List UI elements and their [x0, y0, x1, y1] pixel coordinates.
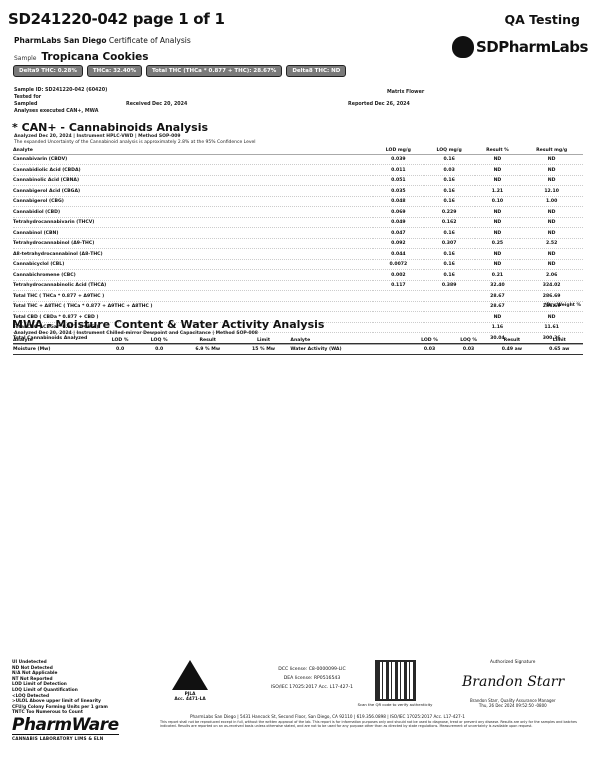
result-pct-cell: 1.21 [475, 186, 521, 196]
legend-item: >ULOL Above upper limit of linearity [12, 699, 108, 705]
lod-cell: 0.048 [373, 196, 424, 206]
result-pct-cell: 32.40 [475, 280, 521, 290]
analyte-cell: Tetrahydrocannabinolic Acid (THCA) [13, 280, 373, 290]
lod-cell: 0.069 [373, 207, 424, 217]
analyte-cell: Cannabivarin (CBDV) [13, 155, 373, 165]
result-mgg-cell: ND [520, 217, 583, 227]
pjla-accreditation: PJLA Acc. 4471-LA [172, 660, 208, 702]
signature: Brandon Starr [462, 674, 564, 690]
mwa-cell: 0.0 [140, 345, 179, 355]
lod-cell: 0.0072 [373, 259, 424, 269]
total-mgg-cell: 286.69 [520, 291, 583, 301]
result-mgg-cell: ND [520, 165, 583, 175]
total-pct-cell: 1.16 [475, 322, 521, 332]
mwa-cell: 0.65 aw [536, 345, 583, 355]
cannabinoids-table: Analyte LOD mg/g LOQ mg/g Result % Resul… [13, 148, 583, 345]
reported: Reported Dec 26, 2024 [348, 102, 410, 107]
table-row: Tetrahydrocannabinolic Acid (THCA)0.1170… [13, 280, 583, 290]
table-row: Tetrahydrocannabinol (Δ9-THC)0.0920.3070… [13, 238, 583, 248]
total-label-cell: Total THC ( THCa * 0.877 + Δ9THC ) [13, 291, 373, 301]
mwa-cell: 0.03 [410, 345, 449, 355]
result-mgg-cell: 2.52 [520, 238, 583, 248]
loq-cell: 0.16 [424, 196, 475, 206]
analyte-cell: Tetrahydrocannabivarin (THCV) [13, 217, 373, 227]
badge-total-thc: Total THC (THCa * 0.877 + THC): 28.67% [146, 65, 282, 77]
badge-d9thc: Delta9 THC: 0.28% [13, 65, 83, 77]
mwa-cell: 0.03 [449, 345, 488, 355]
sample-id: Sample ID: SD241220-042 (60420) [14, 88, 107, 93]
result-mgg-cell: ND [520, 249, 583, 259]
lod-cell: 0.051 [373, 175, 424, 185]
disclaimer: This report shall not be reproduced exce… [160, 720, 585, 728]
result-mgg-cell: 1.00 [520, 196, 583, 206]
lod-cell: 0.044 [373, 249, 424, 259]
loq-cell: 0.307 [424, 238, 475, 248]
badge-d8thc: Delta8 THC: ND [286, 65, 346, 77]
total-pct-cell: 28.67 [475, 301, 521, 311]
table-row: Cannabidiol (CBD)0.0690.229NDND [13, 207, 583, 217]
result-mgg-cell: 324.02 [520, 280, 583, 290]
result-mgg-cell: ND [520, 207, 583, 217]
loq-cell: 0.16 [424, 228, 475, 238]
qr-code-icon[interactable] [375, 660, 416, 701]
badge-thca: THCa: 32.40% [87, 65, 142, 77]
loq-cell: 0.16 [424, 186, 475, 196]
result-mgg-cell: 12.10 [520, 186, 583, 196]
mwa-title: MWA - Moisture Content & Water Activity … [12, 318, 324, 331]
mwa-cell: 15 % Mw [237, 345, 291, 355]
table-row: Cannabinolic Acid (CBNA)0.0510.16NDND [13, 175, 583, 185]
mwa-analyzed: Analyzed Dec 20, 2024 | Instrument Chill… [14, 331, 258, 336]
lab-line: PharmLabs San Diego Certificate of Analy… [14, 36, 191, 45]
result-pct-cell: ND [475, 207, 521, 217]
table-row: Cannabichromene (CBC)0.0020.160.212.06 [13, 270, 583, 280]
loq-cell: 0.16 [424, 155, 475, 165]
lab-address: PharmLabs San Diego | 5431 Hancock St, S… [190, 714, 465, 719]
can-analyzed: Analyzed Dec 20, 2024 | Instrument HPLC-… [14, 134, 180, 139]
received: Received Dec 20, 2024 [126, 102, 187, 107]
result-mgg-cell: ND [520, 175, 583, 185]
analyte-cell: Cannabigerol Acid (CBGA) [13, 186, 373, 196]
sample-line: Sample Tropicana Cookies [14, 51, 149, 63]
mwa-cell: 6.9 % Mw [179, 345, 237, 355]
result-mgg-cell: ND [520, 259, 583, 269]
analyte-cell: Cannabicyclol (CBL) [13, 259, 373, 269]
table-row: Cannabicyclol (CBL)0.00720.16NDND [13, 259, 583, 269]
loq-cell: 0.389 [424, 280, 475, 290]
result-pct-cell: 0.21 [475, 270, 521, 280]
analyte-cell: Cannabinolic Acid (CBNA) [13, 175, 373, 185]
lod-cell: 0.039 [373, 155, 424, 165]
doc-type: Certificate of Analysis [109, 36, 191, 45]
lod-cell: 0.049 [373, 217, 424, 227]
lod-cell: 0.092 [373, 238, 424, 248]
total-pct-cell: 28.67 [475, 291, 521, 301]
total-row: Total THC + Δ8THC ( THCa * 0.877 + Δ9THC… [13, 301, 583, 311]
total-pct-cell: ND [475, 312, 521, 322]
signature-label: Authorized Signature [490, 660, 535, 665]
signer: Brandon Starr, Quality Assurance Manager… [470, 698, 556, 708]
analyte-cell: Cannabidiol (CBD) [13, 207, 373, 217]
loq-cell: 0.16 [424, 259, 475, 269]
lod-cell: 0.035 [373, 186, 424, 196]
analyte-cell: Cannabidiolic Acid (CBDA) [13, 165, 373, 175]
qa-testing-label: QA Testing [504, 12, 580, 27]
sdpharmlabs-logo: SDPharmLabs [452, 36, 588, 58]
qr-caption: Scan the QR code to verify authenticity [355, 702, 435, 707]
lab-name: PharmLabs San Diego [14, 36, 107, 45]
sampled: Sampled [14, 102, 37, 107]
licenses: DCC license: C8-0000099-LIC DEA license:… [252, 665, 372, 692]
analyte-cell: Cannabichromene (CBC) [13, 270, 373, 280]
result-pct-cell: ND [475, 259, 521, 269]
can-uncertainty: The expanded Uncertainty of the Cannabin… [14, 140, 256, 145]
analyte-cell: Tetrahydrocannabinol (Δ9-THC) [13, 238, 373, 248]
abbreviation-legend: UI UndetectedND Not DetectedN/A Not Appl… [12, 660, 108, 716]
matrix: Matrix Flower [387, 90, 424, 95]
pjla-triangle-icon [172, 660, 208, 690]
loq-cell: 0.03 [424, 165, 475, 175]
mwa-cell: 0.49 aw [488, 345, 535, 355]
lod-cell: 0.002 [373, 270, 424, 280]
analyte-cell: Cannabinol (CBN) [13, 228, 373, 238]
table-row: Cannabidiolic Acid (CBDA)0.0110.03NDND [13, 165, 583, 175]
loq-cell: 0.229 [424, 207, 475, 217]
total-label-cell: Total THC + Δ8THC ( THCa * 0.877 + Δ9THC… [13, 301, 373, 311]
mwa-cell: Moisture (Mw) [13, 345, 101, 355]
loq-cell: 0.162 [424, 217, 475, 227]
analyses-executed: Analyses executed CAN+, MWA [14, 109, 98, 114]
analyte-cell: Cannabigerol (CBG) [13, 196, 373, 206]
mwa-cell: Water Activity (WA) [290, 345, 410, 355]
sample-name: Tropicana Cookies [41, 51, 148, 63]
lod-cell: 0.117 [373, 280, 424, 290]
result-mgg-cell: ND [520, 155, 583, 165]
result-pct-cell: ND [475, 165, 521, 175]
dry-weight-note: *Dry Weight % [544, 303, 581, 308]
table-row: Cannabinol (CBN)0.0470.16NDND [13, 228, 583, 238]
lod-cell: 0.047 [373, 228, 424, 238]
result-pct-cell: 0.10 [475, 196, 521, 206]
table-row: Moisture (Mw)0.00.06.9 % Mw15 % MwWater … [13, 345, 583, 355]
result-pct-cell: ND [475, 228, 521, 238]
result-pct-cell: ND [475, 217, 521, 227]
total-mgg-cell: ND [520, 312, 583, 322]
can-title: * CAN+ - Cannabinoids Analysis [12, 121, 208, 134]
result-pct-cell: ND [475, 155, 521, 165]
result-pct-cell: ND [475, 175, 521, 185]
table-row: Δ8-tetrahydrocannabinol (Δ8-THC)0.0440.1… [13, 249, 583, 259]
table-row: Cannabigerol (CBG)0.0480.160.101.00 [13, 196, 583, 206]
analyte-cell: Δ8-tetrahydrocannabinol (Δ8-THC) [13, 249, 373, 259]
lod-cell: 0.011 [373, 165, 424, 175]
document-id: SD241220-042 page 1 of 1 [8, 10, 225, 28]
brand-name: SDPharmLabs [476, 38, 588, 56]
lion-shield-icon [452, 36, 474, 58]
loq-cell: 0.16 [424, 175, 475, 185]
loq-cell: 0.16 [424, 270, 475, 280]
moisture-table: AnalyteLOD %LOQ %ResultLimitAnalyteLOD %… [13, 338, 583, 355]
mwa-cell: 0.0 [101, 345, 140, 355]
summary-badges: Delta9 THC: 0.28% THCa: 32.40% Total THC… [13, 65, 346, 77]
tested-for: Tested for [14, 95, 41, 100]
result-mgg-cell: 2.06 [520, 270, 583, 280]
result-pct-cell: 0.25 [475, 238, 521, 248]
result-pct-cell: ND [475, 249, 521, 259]
table-row: Tetrahydrocannabivarin (THCV)0.0490.162N… [13, 217, 583, 227]
total-mgg-cell: 11.61 [520, 322, 583, 332]
result-mgg-cell: ND [520, 228, 583, 238]
sample-label: Sample [14, 55, 37, 62]
loq-cell: 0.16 [424, 249, 475, 259]
pharmware-logo: PharmWare CANNABIS LABORATORY LIMS & ELN [12, 717, 119, 741]
total-row: Total THC ( THCa * 0.877 + Δ9THC )28.672… [13, 291, 583, 301]
table-row: Cannabigerol Acid (CBGA)0.0350.161.2112.… [13, 186, 583, 196]
table-row: Cannabivarin (CBDV)0.0390.16NDND [13, 155, 583, 165]
